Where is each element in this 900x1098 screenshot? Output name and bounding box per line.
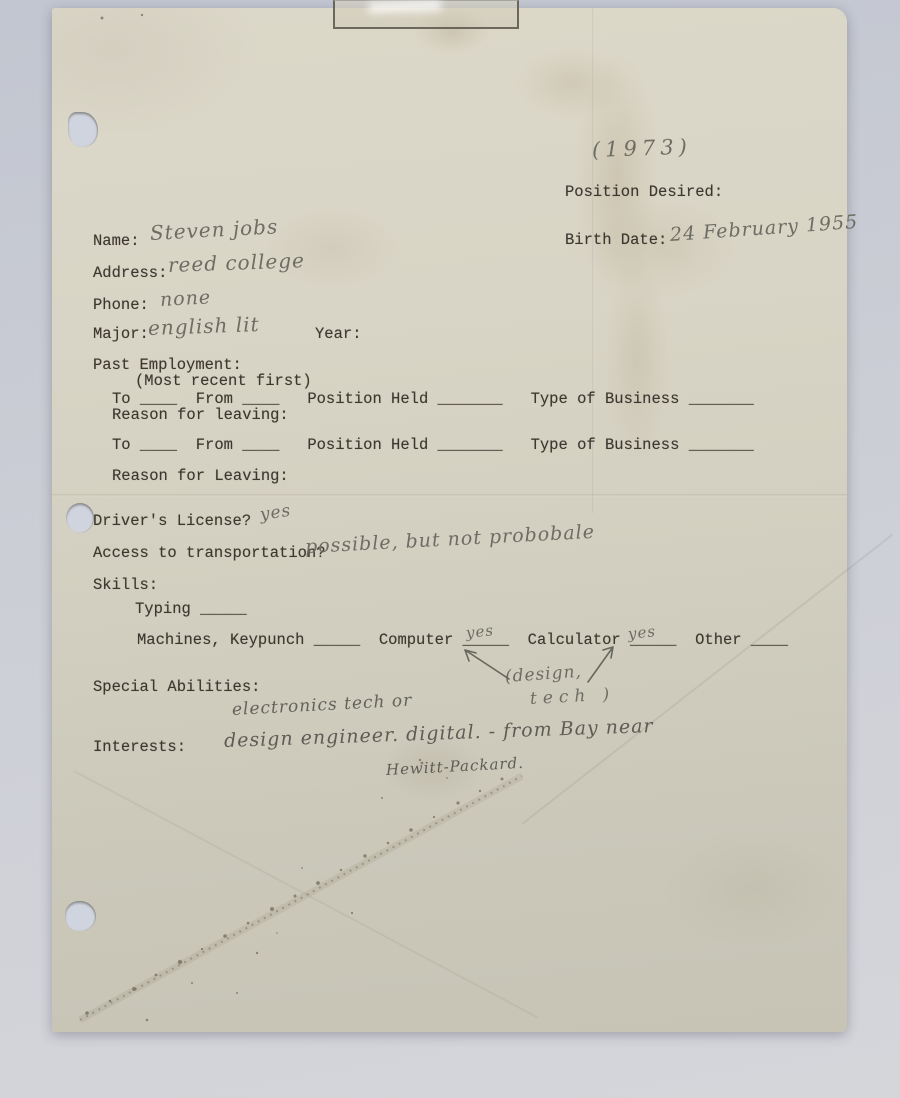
application-paper: Position Desired: Birth Date: Name: Addr… bbox=[52, 8, 847, 1032]
birth-date-label: Birth Date: bbox=[565, 232, 667, 248]
drivers-license-label: Driver's License? bbox=[93, 513, 251, 529]
major-value: english lit bbox=[148, 312, 260, 340]
name-label: Name: bbox=[93, 233, 140, 249]
crease-horizontal bbox=[52, 494, 847, 497]
employment-row-1: To ____ From ____ Position Held _______ … bbox=[112, 391, 754, 407]
design-tech-note-line1: (design, bbox=[504, 662, 582, 687]
punch-hole-top bbox=[68, 112, 98, 147]
reason-for-leaving-1: Reason for leaving: bbox=[112, 407, 289, 423]
major-label: Major: bbox=[93, 326, 149, 342]
employment-row-2: To ____ From ____ Position Held _______ … bbox=[112, 437, 754, 453]
year-note: (1973) bbox=[592, 135, 693, 162]
past-employment-label: Past Employment: bbox=[93, 357, 242, 373]
special-abilities-label: Special Abilities: bbox=[93, 679, 260, 695]
typing-row: Typing _____ bbox=[135, 601, 247, 617]
annotation-arrow-right bbox=[588, 647, 613, 682]
annotation-arrow-left bbox=[465, 650, 509, 679]
punch-hole-bottom bbox=[65, 901, 96, 931]
interests-line-2: design engineer. digital. - from Bay nea… bbox=[224, 715, 654, 752]
skills-label: Skills: bbox=[93, 577, 158, 593]
machines-row: Machines, Keypunch _____ Computer _____ … bbox=[137, 632, 788, 648]
reason-for-leaving-2: Reason for Leaving: bbox=[112, 468, 289, 484]
design-tech-note-line2: tech ) bbox=[529, 685, 615, 709]
most-recent-note: (Most recent first) bbox=[135, 373, 312, 389]
phone-value: none bbox=[159, 286, 211, 311]
crease-diagonal-left bbox=[74, 770, 538, 1018]
calculator-value: yes bbox=[627, 622, 657, 643]
transportation-label: Access to transportation? bbox=[93, 545, 326, 561]
address-label: Address: bbox=[93, 265, 167, 281]
interests-label: Interests: bbox=[93, 739, 186, 755]
position-desired-label: Position Desired: bbox=[565, 184, 723, 200]
interests-line-3: Hewitt-Packard. bbox=[386, 754, 525, 779]
year-label: Year: bbox=[315, 326, 362, 342]
tape-strip bbox=[333, 0, 519, 29]
transportation-value: possible, but not probobale bbox=[304, 521, 595, 558]
computer-value: yes bbox=[465, 621, 495, 642]
photo-background: { "form": { "year_note": "(1973)", "posi… bbox=[0, 0, 900, 1098]
phone-label: Phone: bbox=[93, 297, 149, 313]
drivers-license-value: yes bbox=[259, 501, 293, 525]
birth-date-value: 24 February 1955 bbox=[669, 211, 859, 246]
address-value: reed college bbox=[168, 248, 306, 277]
name-value: Steven jobs bbox=[149, 214, 278, 245]
tape-shine bbox=[369, 0, 441, 13]
punch-hole-middle bbox=[66, 503, 94, 533]
